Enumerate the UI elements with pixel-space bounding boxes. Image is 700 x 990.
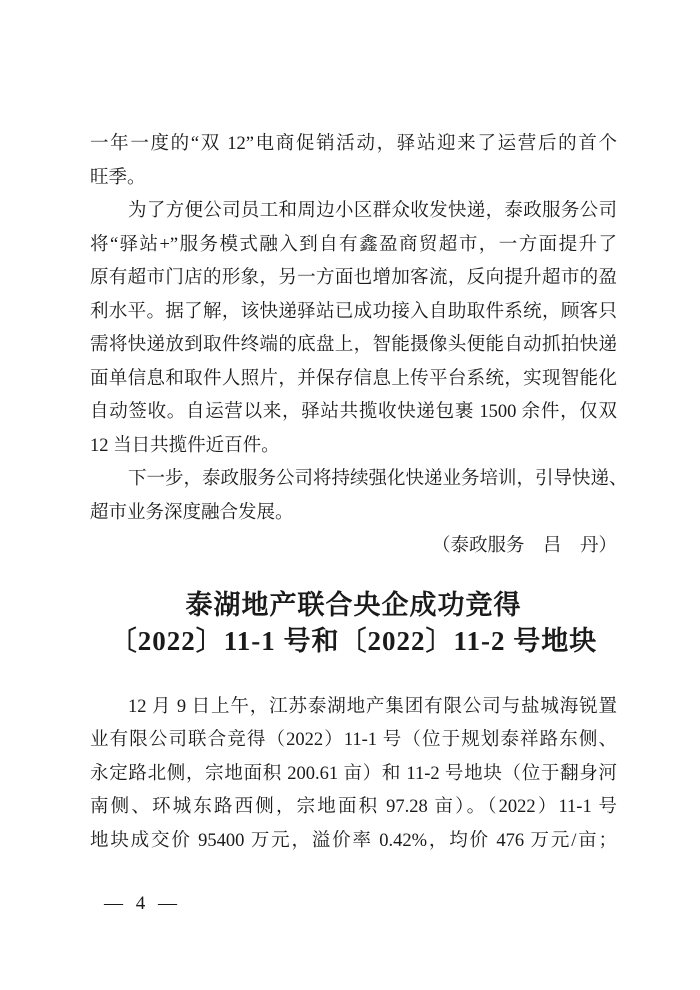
article-land-auction: 泰湖地产联合央企成功竞得 〔2022〕11-1 号和〔2022〕11-2 号地块…	[90, 587, 617, 859]
article-parcel-station: 一年一度的“双 12”电商促销活动，驿站迎来了运营后的首个 旺季。 为了方便公司…	[90, 128, 617, 564]
paragraph-auction-result: 12 月 9 日上午，江苏泰湖地产集团有限公司与盐城海锐置 业有限公司联合竞得（…	[90, 691, 617, 859]
byline-author: （泰政服务 吕 丹）	[90, 530, 617, 564]
paragraph-service-model: 为了方便公司员工和周边小区群众收发快递，泰政服务公司 将“驿站+”服务模式融入到…	[90, 195, 617, 463]
page-number: — 4 —	[104, 893, 181, 915]
text-line: 业有限公司联合竞得（2022）11-1 号（位于规划泰祥路东侧、	[90, 724, 617, 758]
text-line: 12 月 9 日上午，江苏泰湖地产集团有限公司与盐城海锐置	[90, 691, 617, 725]
text-line: 12 当日共揽件近百件。	[90, 430, 617, 464]
text-line: 地块成交价 95400 万元，溢价率 0.42%，均价 476 万元/亩；	[90, 825, 617, 859]
page-content: 一年一度的“双 12”电商促销活动，驿站迎来了运营后的首个 旺季。 为了方便公司…	[90, 128, 617, 858]
text-line: 将“驿站+”服务模式融入到自有鑫盈商贸超市，一方面提升了	[90, 229, 617, 263]
text-line: 永定路北侧，宗地面积 200.61 亩）和 11-2 号地块（位于翻身河	[90, 758, 617, 792]
text-line: 下一步，泰政服务公司将持续强化快递业务培训，引导快递、	[90, 463, 617, 497]
article-title-line-2: 〔2022〕11-1 号和〔2022〕11-2 号地块	[90, 623, 617, 659]
text-line: 自动签收。自运营以来，驿站共揽收快递包裹 1500 余件，仅双	[90, 396, 617, 430]
text-line: 一年一度的“双 12”电商促销活动，驿站迎来了运营后的首个	[90, 128, 617, 162]
text-line: 原有超市门店的形象，另一方面也增加客流，反向提升超市的盈	[90, 262, 617, 296]
text-line: 南侧、环城东路西侧，宗地面积 97.28 亩）。（2022）11-1 号	[90, 791, 617, 825]
paragraph-next-step: 下一步，泰政服务公司将持续强化快递业务培训，引导快递、 超市业务深度融合发展。	[90, 463, 617, 530]
text-line: 为了方便公司员工和周边小区群众收发快递，泰政服务公司	[90, 195, 617, 229]
article-title: 泰湖地产联合央企成功竞得 〔2022〕11-1 号和〔2022〕11-2 号地块	[90, 587, 617, 659]
text-line: 超市业务深度融合发展。	[90, 497, 617, 531]
text-line: 利水平。据了解，该快递驿站已成功接入自助取件系统，顾客只	[90, 296, 617, 330]
paragraph-continuation: 一年一度的“双 12”电商促销活动，驿站迎来了运营后的首个 旺季。	[90, 128, 617, 195]
text-line: 需将快递放到取件终端的底盘上，智能摄像头便能自动抓拍快递	[90, 329, 617, 363]
text-line: 旺季。	[90, 162, 617, 196]
document-page: 一年一度的“双 12”电商促销活动，驿站迎来了运营后的首个 旺季。 为了方便公司…	[0, 0, 700, 990]
text-line: 面单信息和取件人照片，并保存信息上传平台系统，实现智能化	[90, 363, 617, 397]
article-title-line-1: 泰湖地产联合央企成功竞得	[90, 587, 617, 623]
